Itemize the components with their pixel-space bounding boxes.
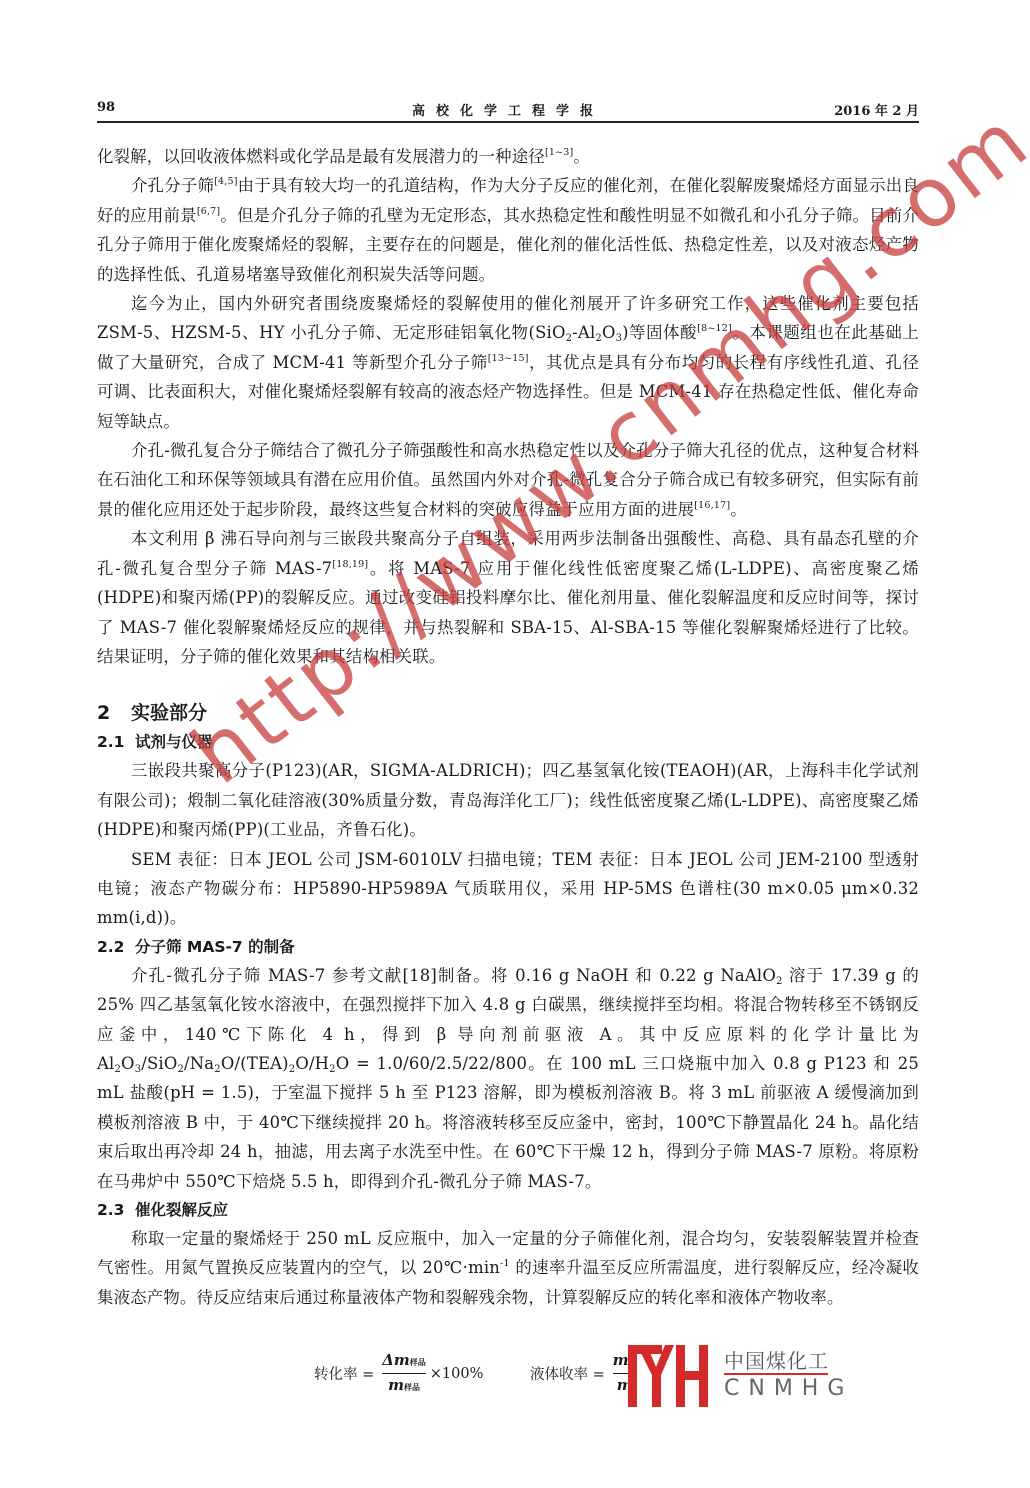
citation: [8~12] (697, 323, 732, 334)
citation: [1~3] (545, 147, 573, 158)
paragraph-instruments: SEM 表征：日本 JEOL 公司 JSM-6010LV 扫描电镜；TEM 表征… (97, 845, 919, 933)
paragraph-composite: 介孔-微孔复合分子筛结合了微孔分子筛强酸性和高水热稳定性以及介孔分子筛大孔径的优… (97, 436, 919, 524)
issue-date: 2016 年 2 月 (834, 100, 919, 119)
citation: [6,7] (197, 206, 221, 217)
paragraph-reagents: 三嵌段共聚高分子(P123)(AR，SIGMA-ALDRICH)；四乙基氢氧化铵… (97, 756, 919, 844)
running-header: 98 高校化学工程学报 2016 年 2 月 (97, 98, 919, 120)
paragraph-this-work: 本文利用 β 沸石导向剂与三嵌段共聚高分子自组装，采用两步法制备出强酸性、高稳、… (97, 524, 919, 671)
paragraph-mesoporous: 介孔分子筛[4,5]由于具有较大均一的孔道结构，作为大分子反应的催化剂，在催化裂… (97, 171, 919, 289)
fraction: Δm样品 m样品 (382, 1350, 426, 1397)
section-heading-experimental: 2实验部分 (97, 698, 919, 728)
journal-title: 高校化学工程学报 (97, 100, 919, 119)
citation: [13~15] (488, 353, 529, 364)
mh-logo-icon (628, 1345, 708, 1407)
formula-row: 转化率 = Δm样品 m样品 ×100% 液体收率 = m液 m (0, 1350, 1030, 1410)
cnmhg-logo: 中国煤化工 CNMHG (628, 1345, 838, 1407)
paragraph-catalysts: 迄今为止，国内外研究者围绕废聚烯烃的裂解使用的催化剂展开了许多研究工作，这些催化… (97, 289, 919, 436)
article-body: 化裂解，以回收液体燃料或化学品是最有发展潜力的一种途径[1~3]。 介孔分子筛[… (97, 142, 919, 1312)
paragraph-preparation: 介孔-微孔分子筛 MAS-7 参考文献[18]制备。将 0.16 g NaOH … (97, 961, 919, 1196)
citation: [16,17] (694, 500, 730, 511)
conversion-formula: 转化率 = Δm样品 m样品 ×100% (314, 1350, 483, 1397)
liquid-yield-formula: 液体收率 = m液 m (530, 1350, 641, 1397)
logo-chinese-text: 中国煤化工 (724, 1345, 829, 1374)
logo-english-text: CNMHG (724, 1376, 853, 1401)
paragraph-cracking: 称取一定量的聚烯烃于 250 mL 反应瓶中，加入一定量的分子筛催化剂，混合均匀… (97, 1224, 919, 1312)
paragraph-continuation: 化裂解，以回收液体燃料或化学品是最有发展潜力的一种途径[1~3]。 (97, 142, 919, 171)
subsection-heading-reagents: 2.1试剂与仪器 (97, 728, 919, 756)
subsection-heading-cracking: 2.3催化裂解反应 (97, 1196, 919, 1224)
logo-divider (724, 1373, 828, 1375)
citation: [4,5] (214, 176, 238, 187)
subsection-heading-preparation: 2.2分子筛 MAS-7 的制备 (97, 933, 919, 961)
citation: [18,19] (332, 559, 368, 570)
header-rule (97, 121, 919, 123)
